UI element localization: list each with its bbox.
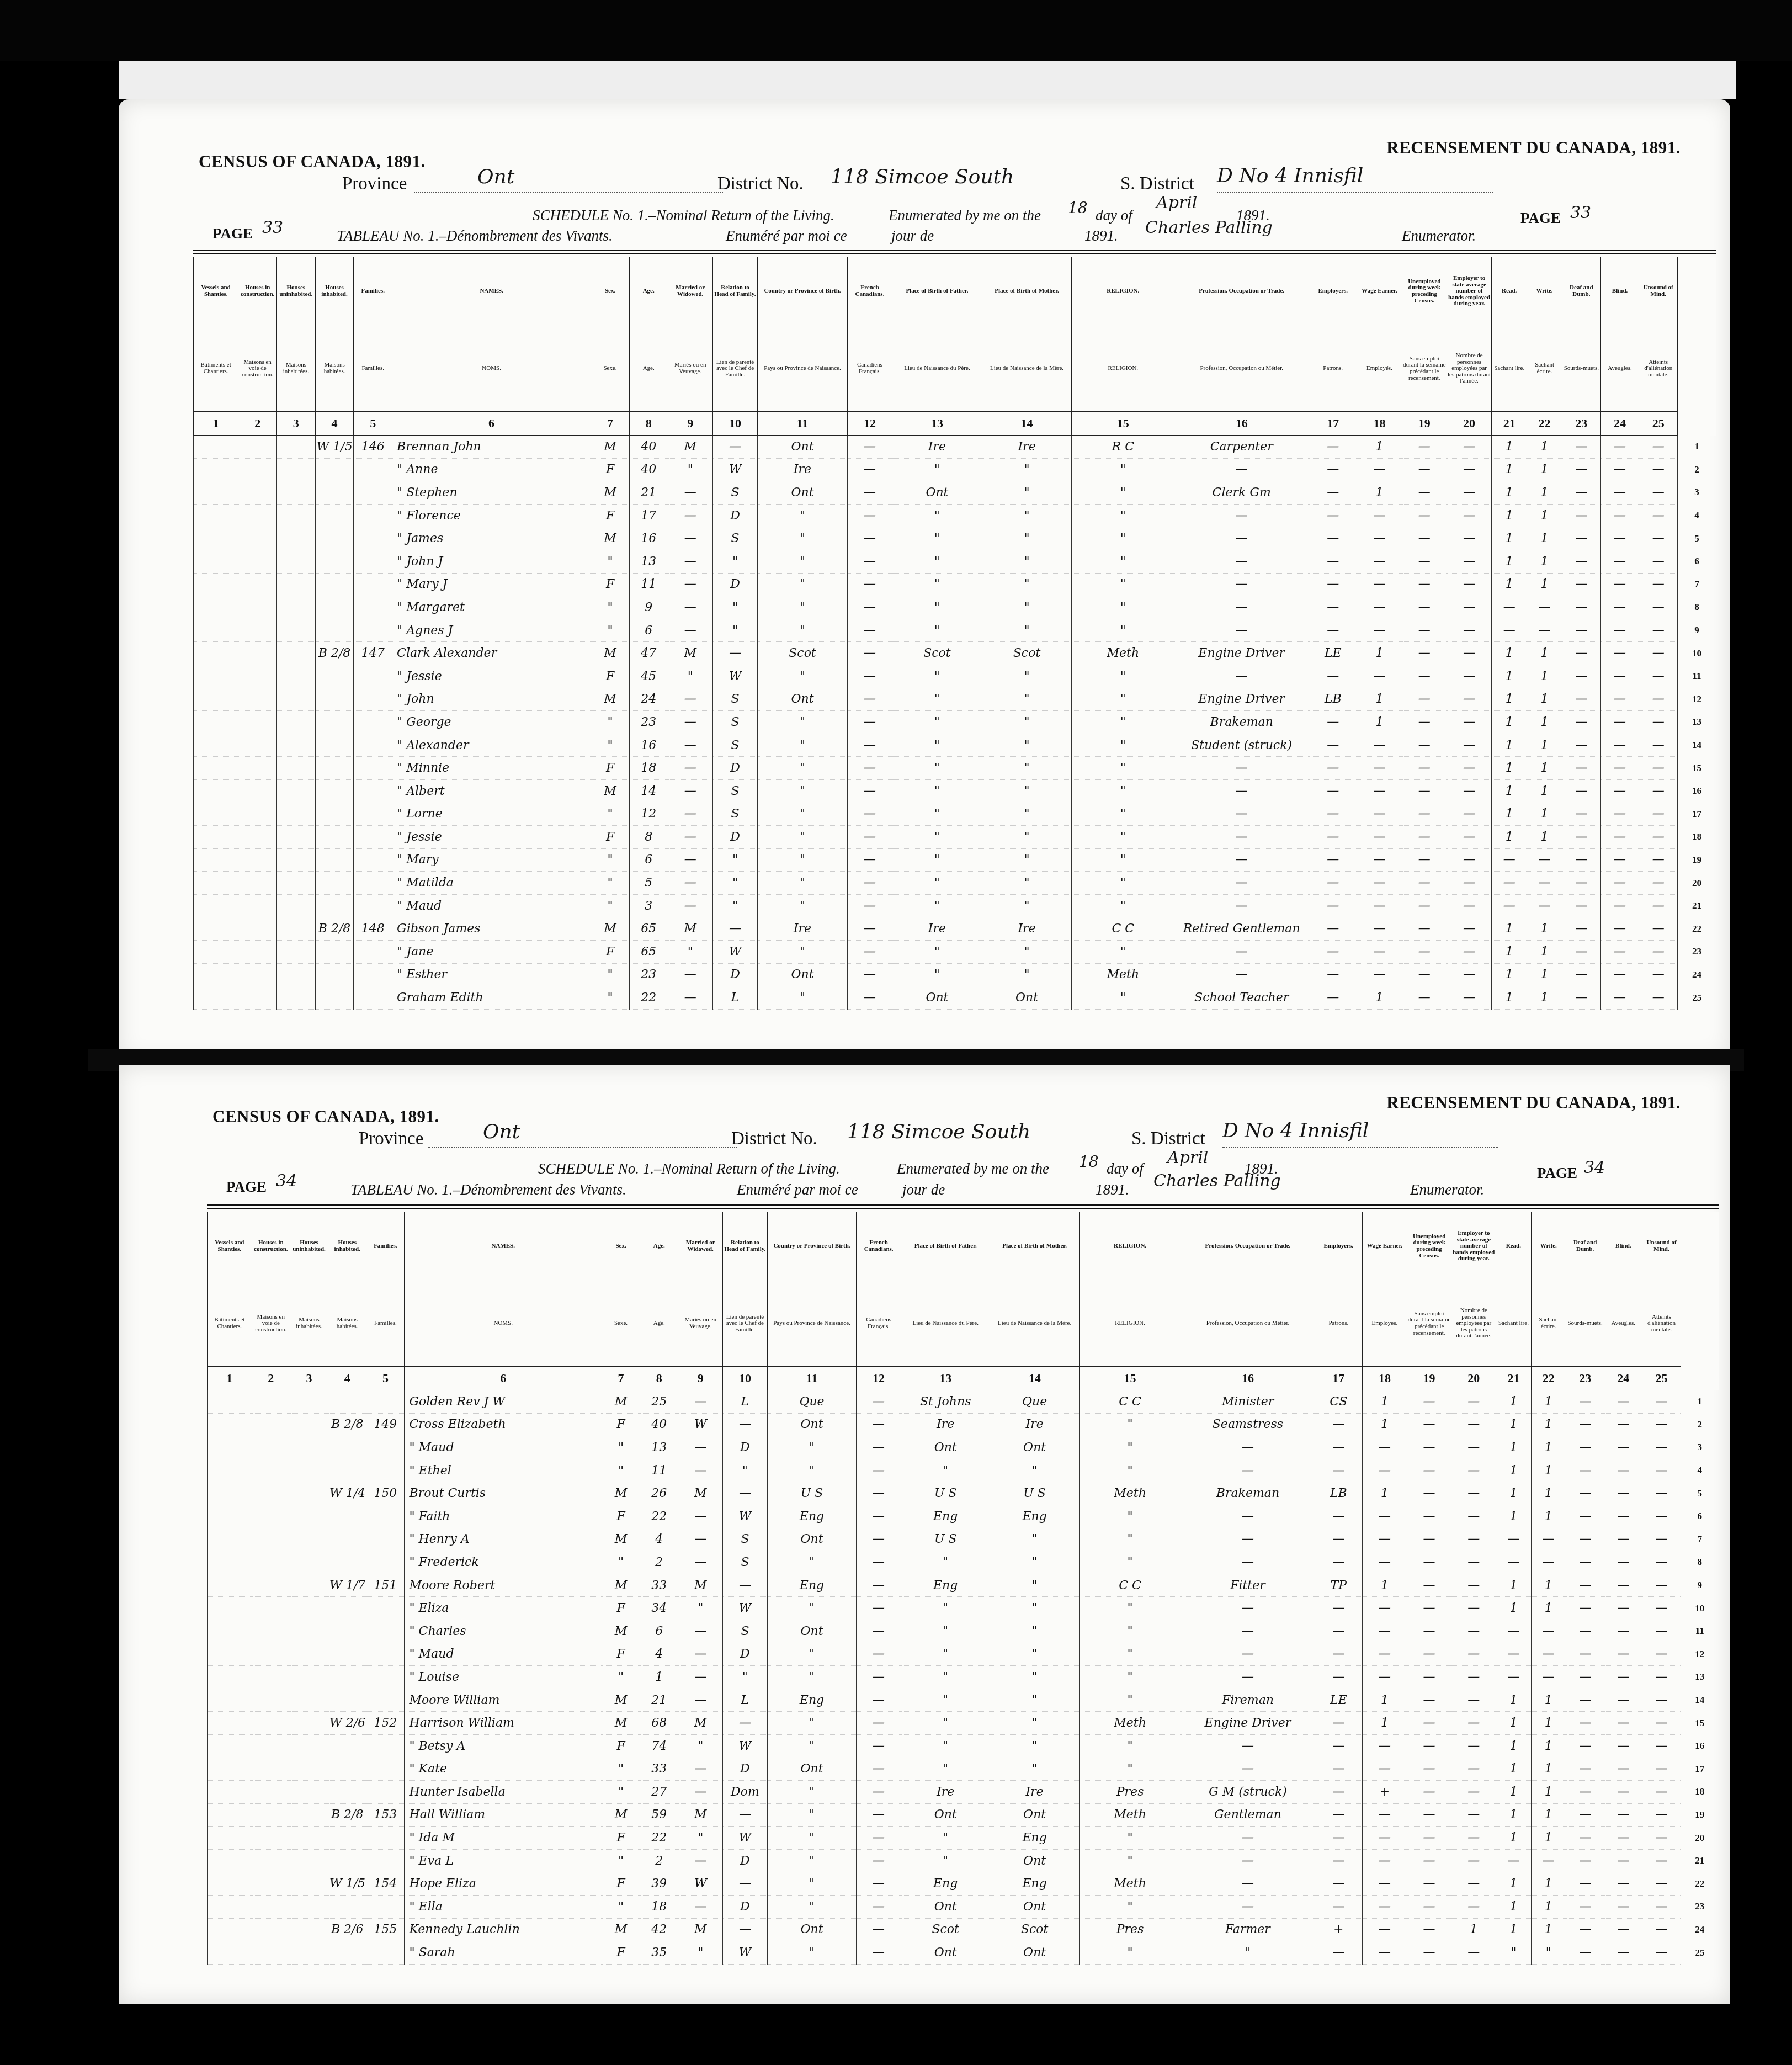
cell-col-21: — — [1492, 872, 1527, 895]
page-number-right: 34 — [1584, 1158, 1605, 1177]
cell-col-14: " — [982, 779, 1072, 803]
column-header-fr-4: Maisons habitées. — [315, 326, 354, 412]
cell-col-1 — [208, 1827, 252, 1850]
cell-col-17: — — [1315, 1712, 1362, 1735]
tableau-label: TABLEAU No. 1.–Dénombrement des Vivants. — [337, 227, 613, 245]
cell-col-11: Ont — [767, 1758, 856, 1781]
cell-col-24: — — [1604, 1803, 1642, 1827]
cell-col-6: Brout Curtis — [405, 1482, 602, 1505]
line-number: 12 — [1681, 1643, 1719, 1666]
cell-col-4 — [315, 619, 354, 642]
line-number: 7 — [1681, 1528, 1719, 1551]
cell-col-9: — — [668, 573, 712, 596]
cell-col-11: " — [758, 711, 848, 734]
cell-col-4: W 1/5 — [328, 1872, 366, 1896]
cell-col-20: — — [1451, 1643, 1496, 1666]
column-header-en-5: Families. — [354, 257, 392, 326]
cell-col-6: Golden Rev J W — [405, 1390, 602, 1414]
cell-col-3 — [277, 848, 316, 872]
cell-col-15: Meth — [1079, 1712, 1181, 1735]
cell-col-16: — — [1174, 458, 1309, 481]
cell-col-8: 23 — [629, 711, 668, 734]
cell-col-15: " — [1079, 1551, 1181, 1574]
cell-col-1 — [208, 1849, 252, 1872]
cell-col-3 — [277, 527, 316, 550]
cell-col-5 — [366, 1459, 405, 1482]
cell-col-14: " — [982, 872, 1072, 895]
cell-col-10: S — [712, 527, 757, 550]
cell-col-23: — — [1562, 458, 1601, 481]
cell-col-19: — — [1407, 1734, 1451, 1758]
cell-col-10: " — [723, 1666, 768, 1689]
cell-col-23: — — [1562, 550, 1601, 573]
line-number: 2 — [1678, 458, 1716, 481]
cell-col-24: — — [1604, 1758, 1642, 1781]
cell-col-9: — — [678, 1459, 723, 1482]
cell-col-12: — — [857, 1712, 901, 1735]
cell-col-8: 26 — [640, 1482, 678, 1505]
cell-col-13: Ont — [901, 1896, 990, 1919]
table-row: " John J"13—""—"""—————11———6 — [194, 550, 1716, 573]
cell-col-12: — — [857, 1390, 901, 1414]
cell-col-10: " — [712, 894, 757, 917]
cell-col-13: " — [892, 757, 982, 780]
cell-col-20: — — [1451, 1459, 1496, 1482]
cell-col-5 — [366, 1781, 405, 1804]
cell-col-6: " Jessie — [392, 665, 591, 688]
cell-col-18: — — [1357, 573, 1402, 596]
table-row: " Mary"6—""—"""——————————19 — [194, 848, 1716, 872]
cell-col-25: — — [1642, 1666, 1681, 1689]
cell-col-13: " — [892, 619, 982, 642]
cell-col-18: — — [1363, 1849, 1407, 1872]
column-number-12: 12 — [847, 412, 892, 436]
cell-col-1 — [194, 665, 238, 688]
cell-col-2 — [238, 963, 277, 986]
cell-col-19: — — [1407, 1849, 1451, 1872]
cell-col-23: — — [1562, 619, 1601, 642]
table-row: " Betsy AF74"W"—"""—————11———16 — [208, 1734, 1719, 1758]
column-number-11: 11 — [758, 412, 848, 436]
cell-col-21: — — [1496, 1620, 1531, 1643]
cell-col-8: 6 — [640, 1620, 678, 1643]
cell-col-13: " — [892, 894, 982, 917]
cell-col-13: " — [901, 1666, 990, 1689]
cell-col-5 — [354, 986, 392, 1010]
cell-col-19: — — [1407, 1941, 1451, 1965]
cell-col-17: CS — [1315, 1390, 1362, 1414]
cell-col-11: " — [767, 1803, 856, 1827]
cell-col-17: — — [1315, 1896, 1362, 1919]
cell-col-14: " — [990, 1528, 1079, 1551]
cell-col-2 — [252, 1827, 290, 1850]
cell-col-2 — [252, 1620, 290, 1643]
column-number-18: 18 — [1357, 412, 1402, 436]
cell-col-13: " — [892, 573, 982, 596]
cell-col-3 — [277, 619, 316, 642]
cell-col-16: — — [1181, 1620, 1315, 1643]
line-number: 24 — [1678, 963, 1716, 986]
cell-col-12: — — [847, 665, 892, 688]
cell-col-19: — — [1407, 1574, 1451, 1597]
cell-col-4 — [328, 1643, 366, 1666]
cell-col-9: — — [668, 550, 712, 573]
cell-col-15: " — [1072, 826, 1174, 849]
column-number-20: 20 — [1447, 412, 1491, 436]
cell-col-1 — [194, 963, 238, 986]
cell-col-12: — — [857, 1505, 901, 1528]
cell-col-22: 1 — [1531, 1574, 1566, 1597]
cell-col-2 — [238, 665, 277, 688]
cell-col-1 — [194, 779, 238, 803]
enumere-label: Enuméré par moi ce — [737, 1181, 858, 1198]
line-number: 4 — [1681, 1459, 1719, 1482]
cell-col-17: — — [1309, 872, 1357, 895]
column-header-en-19: Unemployed during week preceding Census. — [1402, 257, 1447, 326]
cell-col-20: — — [1447, 619, 1491, 642]
cell-col-19: — — [1402, 711, 1447, 734]
cell-col-23: — — [1566, 1666, 1604, 1689]
cell-col-22: 1 — [1527, 941, 1562, 964]
cell-col-11: Eng — [767, 1689, 856, 1712]
column-header-fr-23: Sourds-muets. — [1566, 1281, 1604, 1367]
cell-col-4 — [328, 1620, 366, 1643]
cell-col-17: LE — [1315, 1689, 1362, 1712]
cell-col-13: Ire — [901, 1781, 990, 1804]
column-number-6: 6 — [392, 412, 591, 436]
cell-col-16: — — [1181, 1666, 1315, 1689]
cell-col-15: " — [1072, 779, 1174, 803]
line-number: 11 — [1681, 1620, 1719, 1643]
line-number: 6 — [1681, 1505, 1719, 1528]
cell-col-23: — — [1566, 1849, 1604, 1872]
cell-col-18: — — [1363, 1734, 1407, 1758]
cell-col-11: Ont — [758, 688, 848, 711]
cell-col-25: — — [1639, 711, 1678, 734]
cell-col-14: " — [982, 504, 1072, 527]
cell-col-7: " — [602, 1459, 640, 1482]
cell-col-9: — — [678, 1849, 723, 1872]
cell-col-5 — [354, 596, 392, 619]
cell-col-24: — — [1600, 826, 1639, 849]
cell-col-23: — — [1566, 1436, 1604, 1459]
cell-col-25: — — [1642, 1620, 1681, 1643]
column-header-en-3: Houses uninhabited. — [277, 257, 316, 326]
cell-col-5 — [366, 1390, 405, 1414]
cell-col-10: W — [723, 1505, 768, 1528]
column-header-fr-18: Employés. — [1363, 1281, 1407, 1367]
column-header-fr-12: Canadiens Français. — [847, 326, 892, 412]
cell-col-24: — — [1604, 1505, 1642, 1528]
district-value: 118 Simcoe South — [831, 166, 1014, 188]
cell-col-22: — — [1531, 1849, 1566, 1872]
column-number-10: 10 — [712, 412, 757, 436]
cell-col-12: — — [847, 527, 892, 550]
cell-col-16: — — [1174, 963, 1309, 986]
cell-col-15: " — [1079, 1849, 1181, 1872]
cell-col-23: — — [1562, 872, 1601, 895]
column-number-25: 25 — [1639, 412, 1678, 436]
cell-col-8: 22 — [640, 1827, 678, 1850]
cell-col-12: — — [857, 1436, 901, 1459]
column-header-en-9: Married or Widowed. — [668, 257, 712, 326]
cell-col-13: U S — [901, 1528, 990, 1551]
table-row: W 1/5146Brennan JohnM40M—Ont—IreIreR CCa… — [194, 436, 1716, 459]
census-table-page-33: Vessels and Shanties.Houses in construct… — [193, 257, 1716, 1010]
cell-col-10: — — [723, 1918, 768, 1941]
cell-col-20: — — [1447, 826, 1491, 849]
cell-col-14: U S — [990, 1482, 1079, 1505]
census-sheet-page-33: CENSUS OF CANADA, 1891. RECENSEMENT DU C… — [119, 99, 1730, 1060]
cell-col-24: — — [1604, 1849, 1642, 1872]
cell-col-10: " — [712, 848, 757, 872]
cell-col-20: — — [1451, 1666, 1496, 1689]
cell-col-1 — [194, 550, 238, 573]
cell-col-20: — — [1451, 1803, 1496, 1827]
cell-col-17: LE — [1309, 642, 1357, 665]
cell-col-14: Ire — [990, 1413, 1079, 1436]
cell-col-10: — — [723, 1482, 768, 1505]
cell-col-14: Eng — [990, 1505, 1079, 1528]
cell-col-19: — — [1407, 1803, 1451, 1827]
cell-col-1 — [194, 573, 238, 596]
cell-col-3 — [277, 596, 316, 619]
cell-col-2 — [252, 1941, 290, 1965]
cell-col-8: 12 — [629, 803, 668, 826]
cell-col-2 — [252, 1666, 290, 1689]
column-number-2: 2 — [252, 1367, 290, 1390]
cell-col-8: 6 — [629, 619, 668, 642]
cell-col-25: — — [1639, 734, 1678, 757]
cell-col-25: — — [1639, 436, 1678, 459]
cell-col-22: 1 — [1527, 986, 1562, 1010]
cell-col-1 — [194, 894, 238, 917]
cell-col-13: Ont — [901, 1436, 990, 1459]
cell-col-2 — [238, 711, 277, 734]
table-row: " ElizaF34"W"—"""—————11———10 — [208, 1597, 1719, 1620]
cell-col-17: — — [1315, 1758, 1362, 1781]
cell-col-18: — — [1357, 872, 1402, 895]
cell-col-17: — — [1309, 596, 1357, 619]
cell-col-16: — — [1181, 1643, 1315, 1666]
cell-col-3 — [290, 1712, 328, 1735]
cell-col-18: — — [1357, 779, 1402, 803]
column-header-en-19: Unemployed during week preceding Census. — [1407, 1212, 1451, 1281]
cell-col-11: Ont — [758, 481, 848, 505]
cell-col-6: " Jessie — [392, 826, 591, 849]
cell-col-2 — [252, 1712, 290, 1735]
cell-col-14: " — [990, 1689, 1079, 1712]
cell-col-13: " — [892, 779, 982, 803]
cell-col-5 — [354, 779, 392, 803]
cell-col-22: 1 — [1527, 757, 1562, 780]
cell-col-4 — [315, 826, 354, 849]
table-row: B 2/8148Gibson JamesM65M—Ire—IreIreC CRe… — [194, 917, 1716, 941]
column-header-en-7: Sex. — [591, 257, 630, 326]
column-header-fr-5: Familles. — [366, 1281, 405, 1367]
cell-col-5 — [354, 894, 392, 917]
cell-col-18: — — [1357, 527, 1402, 550]
column-header-fr-17: Patrons. — [1315, 1281, 1362, 1367]
cell-col-15: " — [1079, 1896, 1181, 1919]
cell-col-18: — — [1357, 757, 1402, 780]
line-number: 3 — [1678, 481, 1716, 505]
cell-col-14: " — [982, 596, 1072, 619]
column-header-en-24: Blind. — [1600, 257, 1639, 326]
cell-col-3 — [277, 504, 316, 527]
cell-col-25: — — [1639, 504, 1678, 527]
cell-col-1 — [194, 481, 238, 505]
cell-col-22: 1 — [1527, 573, 1562, 596]
cell-col-17: — — [1309, 481, 1357, 505]
cell-col-1 — [208, 1781, 252, 1804]
cell-col-9: — — [678, 1390, 723, 1414]
cell-col-20: — — [1447, 941, 1491, 964]
cell-col-24: — — [1600, 848, 1639, 872]
cell-col-19: — — [1407, 1918, 1451, 1941]
cell-col-2 — [238, 619, 277, 642]
cell-col-22: 1 — [1531, 1827, 1566, 1850]
cell-col-24: — — [1604, 1712, 1642, 1735]
column-header-fr-1: Bâtiments et Chantiers. — [208, 1281, 252, 1367]
cell-col-16: Gentleman — [1181, 1803, 1315, 1827]
cell-col-17: — — [1309, 779, 1357, 803]
cell-col-17: — — [1315, 1666, 1362, 1689]
cell-col-1 — [208, 1896, 252, 1919]
cell-col-2 — [252, 1849, 290, 1872]
cell-col-17: — — [1309, 894, 1357, 917]
cell-col-22: — — [1531, 1620, 1566, 1643]
cell-col-25: — — [1642, 1712, 1681, 1735]
cell-col-10: Dom — [723, 1781, 768, 1804]
cell-col-19: — — [1407, 1781, 1451, 1804]
line-number: 14 — [1678, 734, 1716, 757]
cell-col-2 — [252, 1896, 290, 1919]
cell-col-15: Meth — [1072, 963, 1174, 986]
cell-col-11: Scot — [758, 642, 848, 665]
cell-col-12: — — [857, 1896, 901, 1919]
cell-col-25: — — [1639, 619, 1678, 642]
cell-col-2 — [252, 1551, 290, 1574]
cell-col-23: — — [1566, 1482, 1604, 1505]
cell-col-9: — — [678, 1528, 723, 1551]
cell-col-7: " — [591, 550, 630, 573]
cell-col-24: — — [1604, 1643, 1642, 1666]
cell-col-18: — — [1357, 504, 1402, 527]
table-row: W 1/7151Moore RobertM33M—Eng—Eng"C CFitt… — [208, 1574, 1719, 1597]
cell-col-2 — [238, 986, 277, 1010]
cell-col-23: — — [1562, 688, 1601, 711]
enumeration-month: April — [1156, 193, 1197, 213]
table-row: " AnneF40"WIre—"""—————11———2 — [194, 458, 1716, 481]
cell-col-2 — [252, 1482, 290, 1505]
cell-col-3 — [290, 1436, 328, 1459]
table-row: W 1/4150Brout CurtisM26M—U S—U SU SMethB… — [208, 1482, 1719, 1505]
column-header-fr-22: Sachant écrire. — [1531, 1281, 1566, 1367]
table-row: B 2/8149Cross ElizabethF40W—Ont—IreIre"S… — [208, 1413, 1719, 1436]
cell-col-5: 155 — [366, 1918, 405, 1941]
cell-col-7: " — [591, 872, 630, 895]
cell-col-15: " — [1079, 1941, 1181, 1965]
cell-col-24: — — [1604, 1482, 1642, 1505]
cell-col-11: " — [758, 665, 848, 688]
column-header-en-20: Employer to state average number of hand… — [1447, 257, 1491, 326]
cell-col-12: — — [857, 1666, 901, 1689]
cell-col-15: " — [1072, 665, 1174, 688]
cell-col-21: 1 — [1492, 941, 1527, 964]
column-number-25: 25 — [1642, 1367, 1681, 1390]
cell-col-3 — [290, 1390, 328, 1414]
cell-col-22: 1 — [1531, 1712, 1566, 1735]
line-number: 10 — [1681, 1597, 1719, 1620]
cell-col-19: — — [1407, 1528, 1451, 1551]
cell-col-9: " — [678, 1597, 723, 1620]
cell-col-8: 2 — [640, 1849, 678, 1872]
cell-col-19: — — [1407, 1413, 1451, 1436]
cell-col-13: U S — [901, 1482, 990, 1505]
cell-col-10: W — [723, 1597, 768, 1620]
cell-col-9: " — [678, 1734, 723, 1758]
cell-col-5 — [354, 848, 392, 872]
cell-col-6: " Stephen — [392, 481, 591, 505]
cell-col-17: — — [1309, 826, 1357, 849]
cell-col-24: — — [1604, 1827, 1642, 1850]
cell-col-15: C C — [1079, 1390, 1181, 1414]
cell-col-17: — — [1309, 619, 1357, 642]
cell-col-18: — — [1357, 458, 1402, 481]
cell-col-23: — — [1566, 1528, 1604, 1551]
cell-col-20: — — [1451, 1620, 1496, 1643]
column-header-en-1: Vessels and Shanties. — [194, 257, 238, 326]
cell-col-6: " Maud — [405, 1643, 602, 1666]
cell-col-9: — — [668, 779, 712, 803]
column-header-fr-9: Mariés ou en Veuvage. — [678, 1281, 723, 1367]
cell-col-5 — [354, 963, 392, 986]
cell-col-10: S — [723, 1620, 768, 1643]
cell-col-11: " — [767, 1643, 856, 1666]
cell-col-1 — [208, 1528, 252, 1551]
cell-col-2 — [252, 1643, 290, 1666]
column-header-en-2: Houses in construction. — [252, 1212, 290, 1281]
cell-col-6: Moore Robert — [405, 1574, 602, 1597]
cell-col-6: Clark Alexander — [392, 642, 591, 665]
column-header-en-14: Place of Birth of Mother. — [982, 257, 1072, 326]
cell-col-19: — — [1407, 1643, 1451, 1666]
cell-col-13: Ont — [901, 1941, 990, 1965]
cell-col-18: — — [1357, 963, 1402, 986]
cell-col-9: — — [668, 986, 712, 1010]
cell-col-2 — [238, 941, 277, 964]
day-of-label: day of — [1096, 207, 1132, 224]
column-header-fr-16: Profession, Occupation ou Métier. — [1174, 326, 1309, 412]
cell-col-1 — [208, 1803, 252, 1827]
cell-col-24: — — [1604, 1734, 1642, 1758]
enumerator-label: Enumerator. — [1410, 1181, 1484, 1198]
cell-col-19: — — [1402, 527, 1447, 550]
cell-col-10: — — [712, 642, 757, 665]
cell-col-18: 1 — [1357, 688, 1402, 711]
cell-col-7: F — [602, 1643, 640, 1666]
line-number: 5 — [1681, 1482, 1719, 1505]
cell-col-1 — [194, 504, 238, 527]
cell-col-23: — — [1562, 848, 1601, 872]
cell-col-17: — — [1315, 1941, 1362, 1965]
column-header-fr-3: Maisons inhabitées. — [290, 1281, 328, 1367]
cell-col-21: 1 — [1492, 688, 1527, 711]
cell-col-5 — [366, 1551, 405, 1574]
district-value: 118 Simcoe South — [847, 1121, 1030, 1143]
cell-col-8: 47 — [629, 642, 668, 665]
